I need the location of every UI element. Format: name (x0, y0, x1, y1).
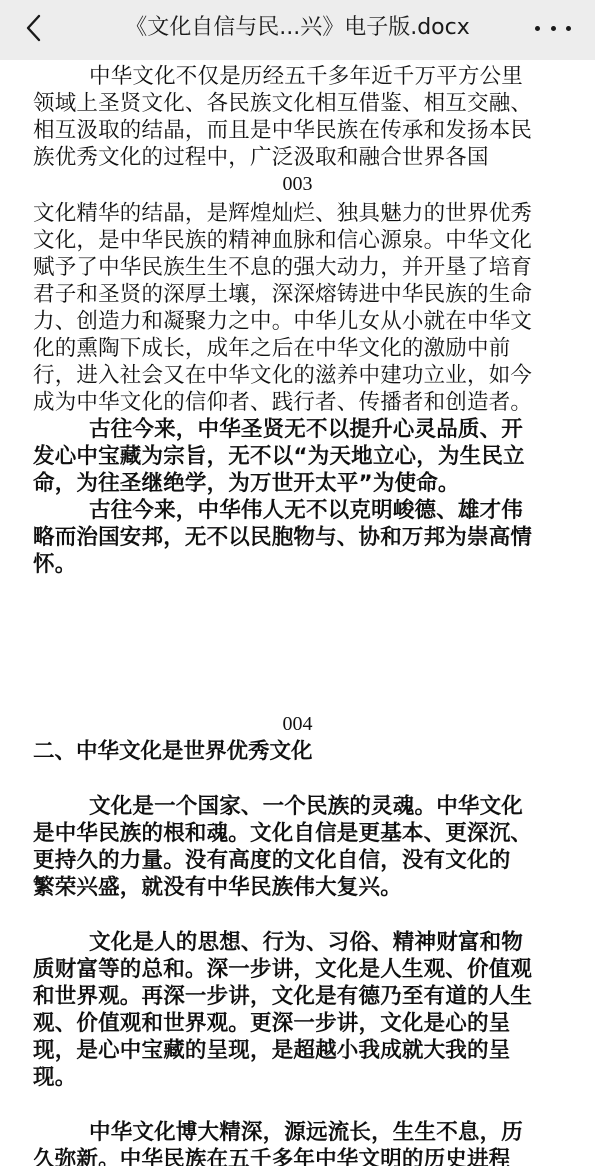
paragraph-line: 力、创造力和凝聚力之中。中华儿女从小就在中华文 (33, 308, 573, 335)
paragraph-line: 观、价值观和世界观。更深一步讲，文化是心的呈 (33, 1010, 573, 1037)
more-horizontal-icon-dot (551, 26, 556, 31)
paragraph-line: 领域上圣贤文化、各民族文化相互借鉴、相互交融、 (33, 90, 573, 117)
paragraph-line: 族优秀文化的过程中，广泛汲取和融合世界各国 (33, 144, 573, 171)
paragraph-line: 古往今来，中华伟人无不以克明峻德、雄才伟 (89, 497, 595, 524)
paragraph-line: 现。 (33, 1064, 573, 1091)
paragraph-line: 文化精华的结晶，是辉煌灿烂、独具魅力的世界优秀 (33, 200, 573, 227)
paragraph-line: 质财富等的总和。深一步讲，文化是人生观、价值观 (33, 956, 573, 983)
top-navigation-bar: 《文化自信与民...兴》电子版.docx (0, 0, 595, 60)
paragraph-line: 赋予了中华民族生生不息的强大动力，并开垦了培育 (33, 254, 573, 281)
paragraph-line: 君子和圣贤的深厚土壤，深深熔铸进中华民族的生命 (33, 281, 573, 308)
section-heading: 二、中华文化是世界优秀文化 (33, 738, 313, 765)
more-options-button[interactable] (535, 16, 571, 40)
page-number: 003 (0, 172, 595, 196)
paragraph-line: 中华文化博大精深，源远流长，生生不息，历 (89, 1119, 595, 1146)
paragraph-line: 文化是一个国家、一个民族的灵魂。中华文化 (89, 793, 595, 820)
document-title: 《文化自信与民...兴》电子版.docx (70, 0, 525, 56)
more-horizontal-icon (535, 26, 540, 31)
paragraph-line: 中华文化不仅是历经五千多年近千万平方公里 (89, 63, 595, 90)
paragraph-line: 文化，是中华民族的精神血脉和信心源泉。中华文化 (33, 227, 573, 254)
more-horizontal-icon-dot (566, 26, 571, 31)
paragraph-line: 怀。 (33, 551, 573, 578)
chevron-left-icon (25, 14, 41, 42)
paragraph-line: 现，是心中宝藏的呈现，是超越小我成就大我的呈 (33, 1037, 573, 1064)
paragraph-line: 成为中华文化的信仰者、践行者、传播者和创造者。 (33, 389, 573, 416)
paragraph-line: 更持久的力量。没有高度的文化自信，没有文化的 (33, 847, 573, 874)
back-button[interactable] (18, 12, 48, 44)
paragraph-line: 发心中宝藏为宗旨，无不以“为天地立心，为生民立 (33, 443, 573, 470)
paragraph-line: 文化是人的思想、行为、习俗、精神财富和物 (89, 929, 595, 956)
paragraph-line: 繁荣兴盛，就没有中华民族伟大复兴。 (33, 874, 573, 901)
paragraph-line: 和世界观。再深一步讲，文化是有德乃至有道的人生 (33, 983, 573, 1010)
paragraph-line: 略而治国安邦，无不以民胞物与、协和万邦为崇高情 (33, 524, 573, 551)
paragraph-line: 化的熏陶下成长，成年之后在中华文化的激励中前 (33, 335, 573, 362)
page-number: 004 (0, 712, 595, 736)
paragraph-line: 古往今来，中华圣贤无不以提升心灵品质、开 (89, 416, 595, 443)
paragraph-line: 是中华民族的根和魂。文化自信是更基本、更深沉、 (33, 820, 573, 847)
paragraph-line: 命，为往圣继绝学，为万世开太平”为使命。 (33, 470, 573, 497)
paragraph-line: 行，进入社会又在中华文化的滋养中建功立业，如今 (33, 362, 573, 389)
paragraph-line: 相互汲取的结晶，而且是中华民族在传承和发扬本民 (33, 117, 573, 144)
paragraph-line: 久弥新。中华民族在五千多年中华文明的历史进程 (33, 1146, 573, 1166)
